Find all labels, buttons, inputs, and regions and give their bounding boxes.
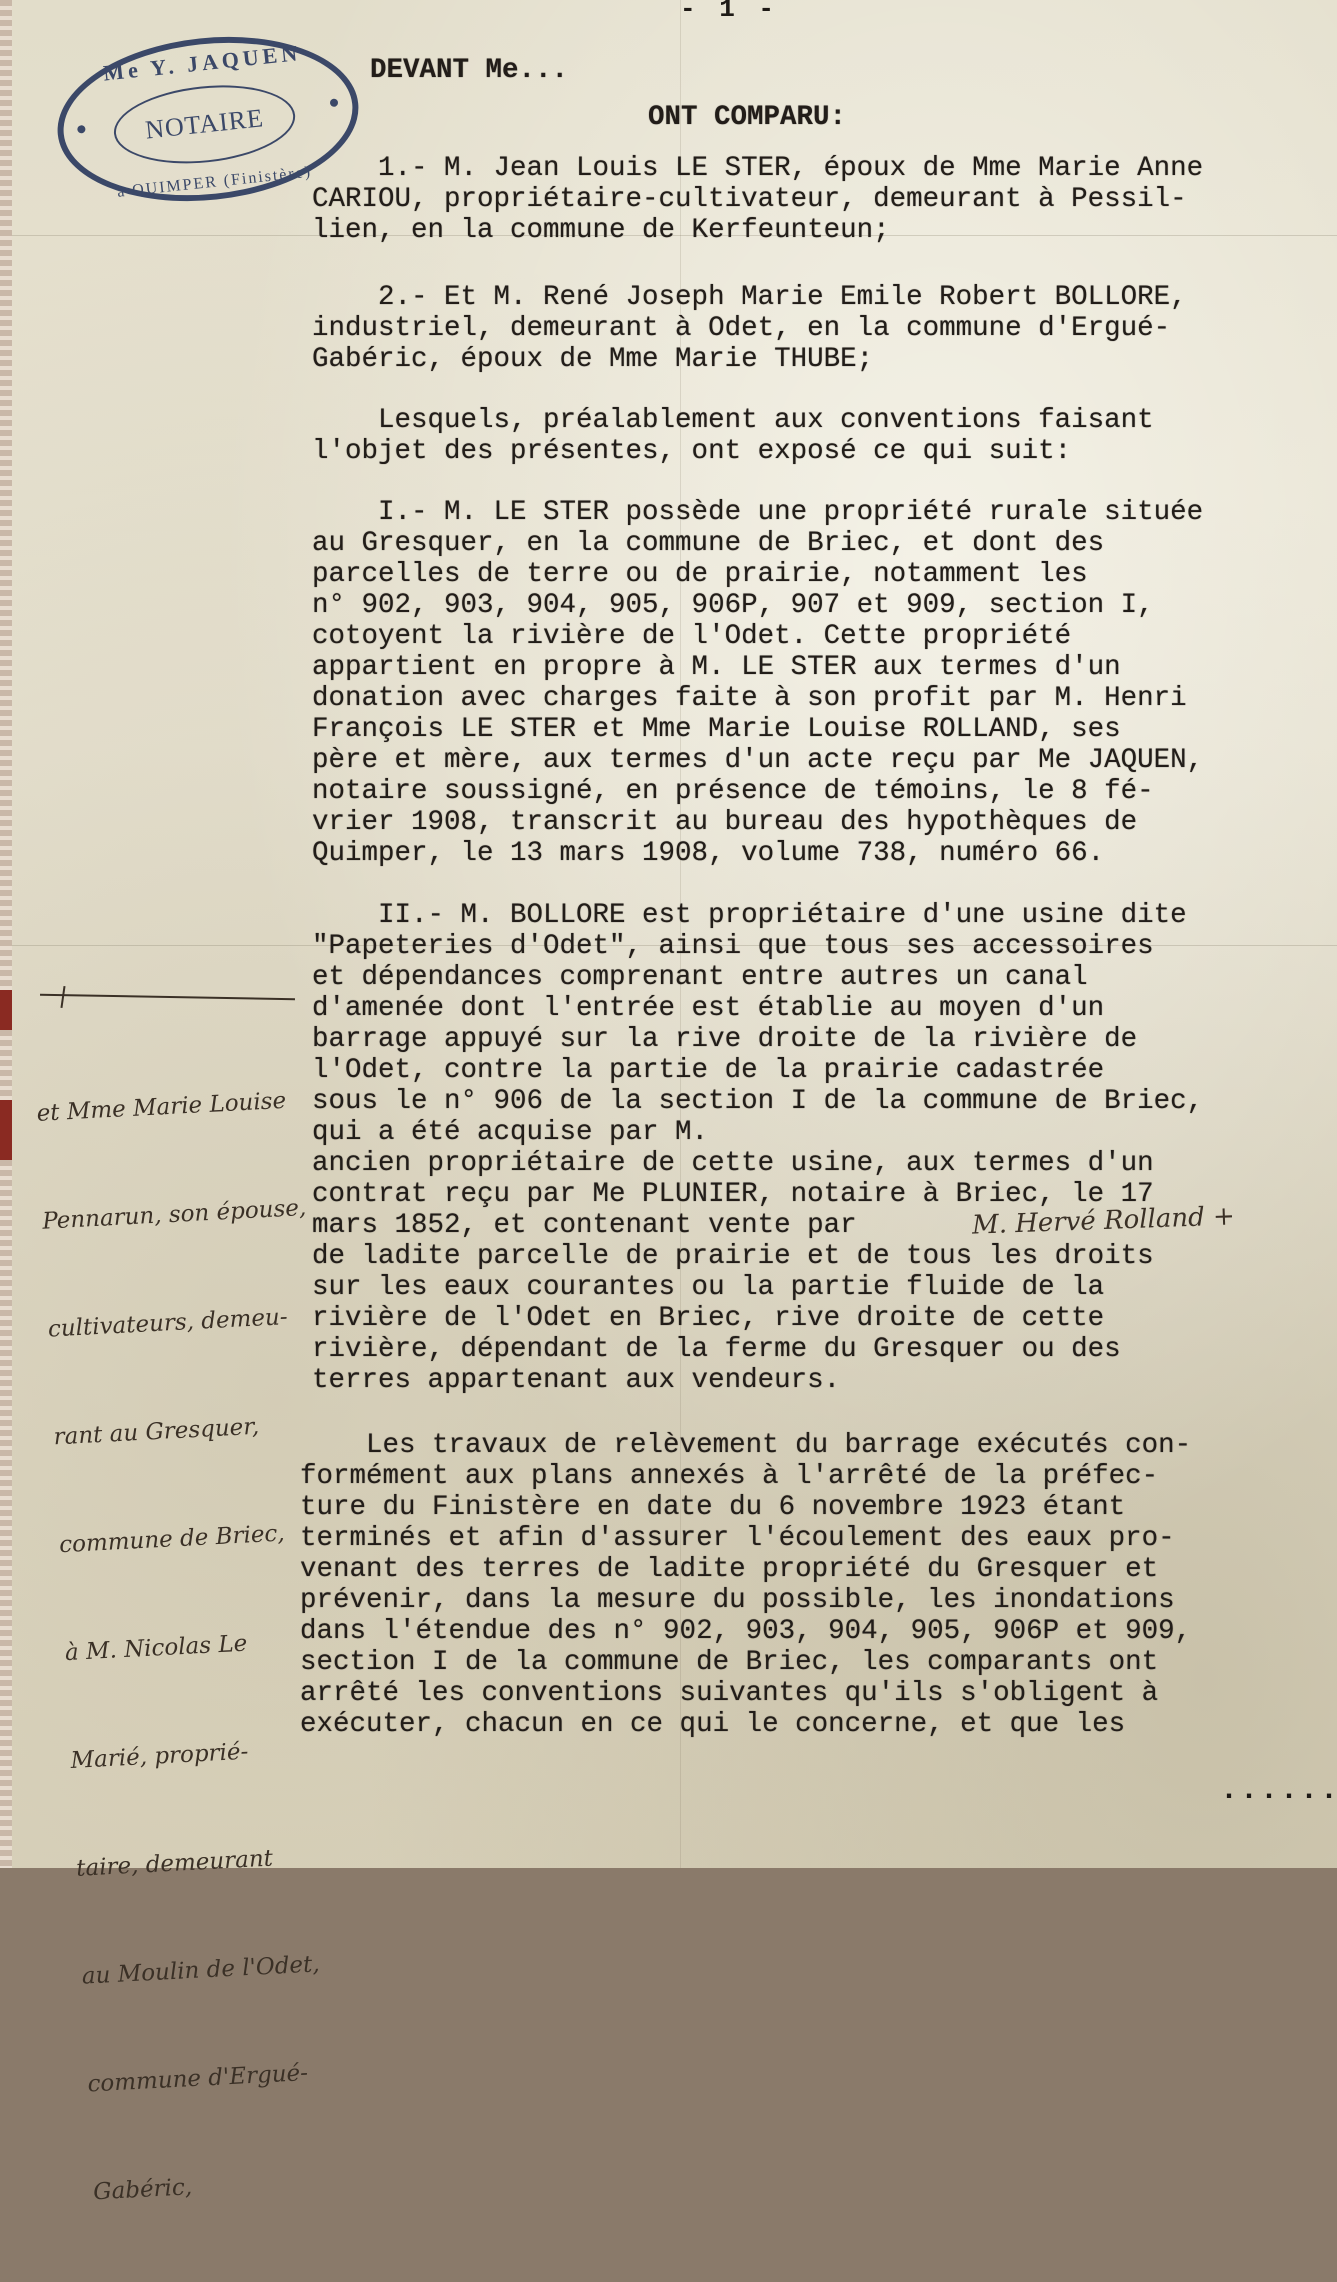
text-line: 2.- Et M. René Joseph Marie Emile Robert… — [312, 282, 1187, 313]
text-line: barrage appuyé sur la rive droite de la … — [312, 1024, 1137, 1055]
stamp-title: NOTAIRE — [144, 103, 265, 145]
stamp-dot-icon — [77, 125, 86, 134]
margin-note-line: commune de Briec, — [58, 1513, 324, 1563]
text-line: venant des terres de ladite propriété du… — [300, 1554, 1158, 1585]
binder-edge — [0, 0, 12, 1868]
text-line: et dépendances comprenant entre autres u… — [312, 962, 1088, 993]
text-line: CARIOU, propriétaire-cultivateur, demeur… — [312, 184, 1187, 215]
text-line: l'Odet, contre la partie de la prairie c… — [312, 1055, 1104, 1086]
text-line: dans l'étendue des n° 902, 903, 904, 905… — [300, 1616, 1191, 1647]
text-line: Gabéric, époux de Mme Marie THUBE; — [312, 344, 873, 375]
heading-before: DEVANT Me... — [370, 55, 568, 86]
text-line: parcelles de terre ou de prairie, notamm… — [312, 559, 1088, 590]
stamp-dot-icon — [330, 98, 339, 107]
text-line: section I de la commune de Briec, les co… — [300, 1647, 1158, 1678]
text-line: François LE STER et Mme Marie Louise ROL… — [312, 714, 1121, 745]
text-line: ancien propriétaire de cette usine, aux … — [312, 1148, 1154, 1179]
stamp-notary-name: Me Y. JAQUEN — [57, 35, 348, 91]
text-line: n° 902, 903, 904, 905, 906P, 907 et 909,… — [312, 590, 1154, 621]
text-line: rivière de l'Odet en Briec, rive droite … — [312, 1303, 1104, 1334]
text-line: terminés et afin d'assurer l'écoulement … — [300, 1523, 1175, 1554]
text-line: sur les eaux courantes ou la partie flui… — [312, 1272, 1104, 1303]
margin-note-line: Marié, proprié- — [70, 1729, 336, 1779]
margin-note-line: rant au Gresquer, — [53, 1406, 319, 1456]
margin-note-line: Pennarun, son épouse, — [41, 1190, 307, 1240]
text-line: rivière, dépendant de la ferme du Gresqu… — [312, 1334, 1121, 1365]
continuation-marker: ...... — [1220, 1774, 1337, 1808]
text-line: prévenir, dans la mesure du possible, le… — [300, 1585, 1175, 1616]
text-line: terres appartenant aux vendeurs. — [312, 1365, 840, 1396]
text-line: donation avec charges faite à son profit… — [312, 683, 1187, 714]
text-line: Lesquels, préalablement aux conventions … — [312, 405, 1154, 436]
text-line: au Gresquer, en la commune de Briec, et … — [312, 528, 1104, 559]
text-line: sous le n° 906 de la section I de la com… — [312, 1086, 1203, 1117]
text-line: 1.- M. Jean Louis LE STER, époux de Mme … — [312, 153, 1203, 184]
binder-red-mark — [0, 990, 12, 1030]
binder-red-mark — [0, 1100, 12, 1160]
text-line: II.- M. BOLLORE est propriétaire d'une u… — [312, 900, 1187, 931]
text-line: exécuter, chacun en ce qui le concerne, … — [300, 1709, 1125, 1740]
text-line: qui a été acquise par M. — [312, 1117, 708, 1148]
text-line: industriel, demeurant à Odet, en la comm… — [312, 313, 1170, 344]
text-line: appartient en propre à M. LE STER aux te… — [312, 652, 1121, 683]
text-line: Quimper, le 13 mars 1908, volume 738, nu… — [312, 838, 1104, 869]
text-line: formément aux plans annexés à l'arrêté d… — [300, 1461, 1158, 1492]
margin-note-line: et Mme Marie Louise — [36, 1082, 302, 1132]
text-line: d'amenée dont l'entrée est établie au mo… — [312, 993, 1104, 1024]
stamp-center: NOTAIRE — [110, 77, 299, 172]
margin-note-line: cultivateurs, demeu- — [47, 1298, 313, 1348]
text-line: ture du Finistère en date du 6 novembre … — [300, 1492, 1125, 1523]
document-page: - 1 - Me Y. JAQUEN NOTAIRE à QUIMPER (Fi… — [12, 0, 1337, 1868]
text-line: arrêté les conventions suivantes qu'ils … — [300, 1678, 1158, 1709]
text-line: vrier 1908, transcrit au bureau des hypo… — [312, 807, 1137, 838]
text-line: "Papeteries d'Odet", ainsi que tous ses … — [312, 931, 1154, 962]
text-line: père et mère, aux termes d'un acte reçu … — [312, 745, 1203, 776]
text-line: I.- M. LE STER possède une propriété rur… — [312, 497, 1203, 528]
page-number: - 1 - — [680, 0, 778, 24]
text-line: lien, en la commune de Kerfeunteun; — [312, 215, 890, 246]
text-line: contrat reçu par Me PLUNIER, notaire à B… — [312, 1179, 1154, 1210]
insertion-mark-icon — [60, 986, 65, 1008]
margin-note-line: à M. Nicolas Le — [64, 1621, 330, 1671]
margin-note-line: taire, demeurant — [75, 1837, 341, 1868]
margin-rule — [40, 994, 295, 1000]
text-line: cotoyent la rivière de l'Odet. Cette pro… — [312, 621, 1071, 652]
text-line: notaire soussigné, en présence de témoin… — [312, 776, 1154, 807]
text-line: l'objet des présentes, ont exposé ce qui… — [312, 436, 1071, 467]
text-line: Les travaux de relèvement du barrage exé… — [300, 1430, 1191, 1461]
text-line: mars 1852, et contenant vente par — [312, 1210, 857, 1241]
heading-appeared: ONT COMPARU: — [648, 102, 846, 133]
text-line: de ladite parcelle de prairie et de tous… — [312, 1241, 1154, 1272]
